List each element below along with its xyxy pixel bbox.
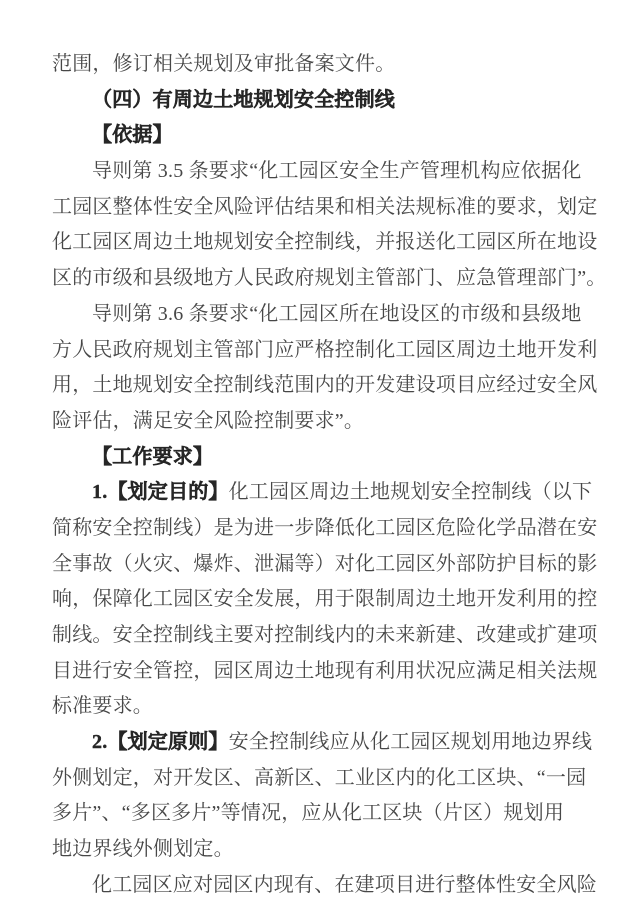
document-text-body: 范围，修订相关规划及审批备案文件。（四）有周边土地规划安全控制线【依据】导则第 …	[52, 47, 600, 904]
text-segment: 险评估，满足安全风险控制要求”。	[52, 410, 364, 432]
text-line: 2.【划定原则】安全控制线应从化工园区规划用地边界线	[52, 725, 600, 761]
text-segment: 多片”、“多区多片”等情况，应从化工区块（片区）规划用	[52, 802, 564, 824]
bold-text-segment: 1.【划定目的】	[92, 481, 229, 503]
text-line: 【工作要求】	[52, 440, 600, 476]
text-line: 方人民政府规划主管部门应严格控制化工园区周边土地开发利	[52, 333, 600, 369]
text-segment: 地边界线外侧划定。	[52, 838, 234, 860]
text-segment: 目进行安全管控，园区周边土地现有利用状况应满足相关法规	[52, 660, 597, 682]
text-line: 险评估，满足安全风险控制要求”。	[52, 404, 600, 440]
text-segment: 制线。安全控制线主要对控制线内的未来新建、改建或扩建项	[52, 624, 597, 646]
text-line: 工园区整体性安全风险评估结果和相关法规标准的要求，划定	[52, 190, 600, 226]
bold-text-segment: （四）有周边土地规划安全控制线	[92, 89, 395, 111]
text-segment: 用，土地规划安全控制线范围内的开发建设项目应经过安全风	[52, 374, 597, 396]
text-segment: 工园区整体性安全风险评估结果和相关法规标准的要求，划定	[52, 196, 597, 218]
text-line: 区的市级和县级地方人民政府规划主管部门、应急管理部门”。	[52, 261, 600, 297]
text-segment: 区的市级和县级地方人民政府规划主管部门、应急管理部门”。	[52, 267, 606, 289]
text-segment: 化工园区周边土地规划安全控制线（以下	[229, 481, 593, 503]
text-line: 全事故（火灾、爆炸、泄漏等）对化工园区外部防护目标的影	[52, 547, 600, 583]
text-line: 简称安全控制线）是为进一步降低化工园区危险化学品潜在安	[52, 511, 600, 547]
text-segment: 简称安全控制线）是为进一步降低化工园区危险化学品潜在安	[52, 517, 597, 539]
text-segment: 范围，修订相关规划及审批备案文件。	[52, 53, 395, 75]
text-segment: 安全控制线应从化工园区规划用地边界线	[229, 731, 593, 753]
text-segment: 方人民政府规划主管部门应严格控制化工园区周边土地开发利	[52, 339, 597, 361]
text-segment: 全事故（火灾、爆炸、泄漏等）对化工园区外部防护目标的影	[52, 553, 597, 575]
text-segment: 标准要求。	[52, 695, 153, 717]
text-segment: 外侧划定，对开发区、高新区、工业区内的化工区块、“一园	[52, 767, 586, 789]
text-line: 目进行安全管控，园区周边土地现有利用状况应满足相关法规	[52, 654, 600, 690]
text-segment: 导则第 3.6 条要求“化工园区所在地设区的市级和县级地	[92, 303, 581, 325]
text-segment: 化工园区周边土地规划安全控制线，并报送化工园区所在地设	[52, 231, 597, 253]
text-line: 化工园区应对园区内现有、在建项目进行整体性安全风险	[52, 868, 600, 904]
text-line: 标准要求。	[52, 689, 600, 725]
text-line: 响，保障化工园区安全发展，用于限制周边土地开发利用的控	[52, 582, 600, 618]
bold-text-segment: 【工作要求】	[92, 446, 213, 468]
bold-text-segment: 2.【划定原则】	[92, 731, 229, 753]
document-page: 范围，修订相关规划及审批备案文件。（四）有周边土地规划安全控制线【依据】导则第 …	[0, 0, 640, 919]
text-line: 导则第 3.5 条要求“化工园区安全生产管理机构应依据化	[52, 154, 600, 190]
text-line: 用，土地规划安全控制线范围内的开发建设项目应经过安全风	[52, 368, 600, 404]
text-segment: 响，保障化工园区安全发展，用于限制周边土地开发利用的控	[52, 588, 597, 610]
text-line: 导则第 3.6 条要求“化工园区所在地设区的市级和县级地	[52, 297, 600, 333]
text-line: 地边界线外侧划定。	[52, 832, 600, 868]
text-line: 多片”、“多区多片”等情况，应从化工区块（片区）规划用	[52, 796, 600, 832]
text-line: 外侧划定，对开发区、高新区、工业区内的化工区块、“一园	[52, 761, 600, 797]
text-line: （四）有周边土地规划安全控制线	[52, 83, 600, 119]
text-line: 1.【划定目的】化工园区周边土地规划安全控制线（以下	[52, 475, 600, 511]
text-line: 制线。安全控制线主要对控制线内的未来新建、改建或扩建项	[52, 618, 600, 654]
text-segment: 导则第 3.5 条要求“化工园区安全生产管理机构应依据化	[92, 160, 581, 182]
text-line: 范围，修订相关规划及审批备案文件。	[52, 47, 600, 83]
text-line: 化工园区周边土地规划安全控制线，并报送化工园区所在地设	[52, 225, 600, 261]
text-line: 【依据】	[52, 118, 600, 154]
text-segment: 化工园区应对园区内现有、在建项目进行整体性安全风险	[92, 874, 597, 896]
bold-text-segment: 【依据】	[92, 124, 173, 146]
